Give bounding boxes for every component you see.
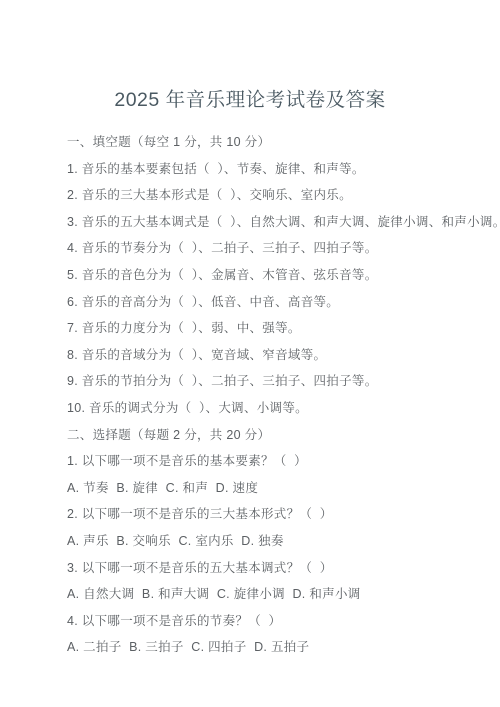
choice-question-1: 1. 以下哪一项不是音乐的基本要素？（ ） bbox=[67, 455, 480, 468]
choice-question-2: 2. 以下哪一项不是音乐的三大基本形式？（ ） bbox=[67, 508, 480, 521]
fill-blank-question-4: 4. 音乐的节奏分为（ ）、二拍子、三拍子、四拍子等。 bbox=[67, 242, 480, 255]
fill-blank-question-8: 8. 音乐的音域分为（ ）、宽音域、窄音域等。 bbox=[67, 349, 480, 362]
fill-blank-question-6: 6. 音乐的音高分为（ ）、低音、中音、高音等。 bbox=[67, 296, 480, 309]
section-heading-multiple-choice: 二、选择题（每题 2 分，共 20 分） bbox=[67, 429, 480, 442]
fill-blank-question-5: 5. 音乐的音色分为（ ）、金属音、木管音、弦乐音等。 bbox=[67, 269, 480, 282]
choice-question-4-options: A. 二拍子 B. 三拍子 C. 四拍子 D. 五拍子 bbox=[67, 641, 480, 654]
fill-blank-question-7: 7. 音乐的力度分为（ ）、弱、中、强等。 bbox=[67, 322, 480, 335]
choice-question-1-options: A. 节奏 B. 旋律 C. 和声 D. 速度 bbox=[67, 482, 480, 495]
fill-blank-question-2: 2. 音乐的三大基本形式是（ ）、交响乐、室内乐。 bbox=[67, 189, 480, 202]
choice-question-3-options: A. 自然大调 B. 和声大调 C. 旋律小调 D. 和声小调 bbox=[67, 588, 480, 601]
section-fill-in-blanks: 一、填空题（每空 1 分，共 10 分） 1. 音乐的基本要素包括（ ）、节奏、… bbox=[67, 136, 480, 415]
exam-document-page: 2025 年音乐理论考试卷及答案 一、填空题（每空 1 分，共 10 分） 1.… bbox=[0, 0, 500, 707]
fill-blank-question-9: 9. 音乐的节拍分为（ ）、二拍子、三拍子、四拍子等。 bbox=[67, 375, 480, 388]
choice-question-3: 3. 以下哪一项不是音乐的五大基本调式？（ ） bbox=[67, 562, 480, 575]
fill-blank-question-3: 3. 音乐的五大基本调式是（ ）、自然大调、和声大调、旋律小调、和声小调。 bbox=[67, 216, 480, 229]
fill-blank-question-10: 10. 音乐的调式分为（ ）、大调、小调等。 bbox=[67, 402, 480, 415]
choice-question-2-options: A. 声乐 B. 交响乐 C. 室内乐 D. 独奏 bbox=[67, 535, 480, 548]
section-heading-fill-in-blanks: 一、填空题（每空 1 分，共 10 分） bbox=[67, 136, 480, 149]
fill-blank-question-1: 1. 音乐的基本要素包括（ ）、节奏、旋律、和声等。 bbox=[67, 163, 480, 176]
section-multiple-choice: 二、选择题（每题 2 分，共 20 分） 1. 以下哪一项不是音乐的基本要素？（… bbox=[67, 429, 480, 655]
document-title: 2025 年音乐理论考试卷及答案 bbox=[0, 0, 500, 112]
choice-question-4: 4. 以下哪一项不是音乐的节奏？（ ） bbox=[67, 615, 480, 628]
document-body: 一、填空题（每空 1 分，共 10 分） 1. 音乐的基本要素包括（ ）、节奏、… bbox=[0, 112, 500, 654]
